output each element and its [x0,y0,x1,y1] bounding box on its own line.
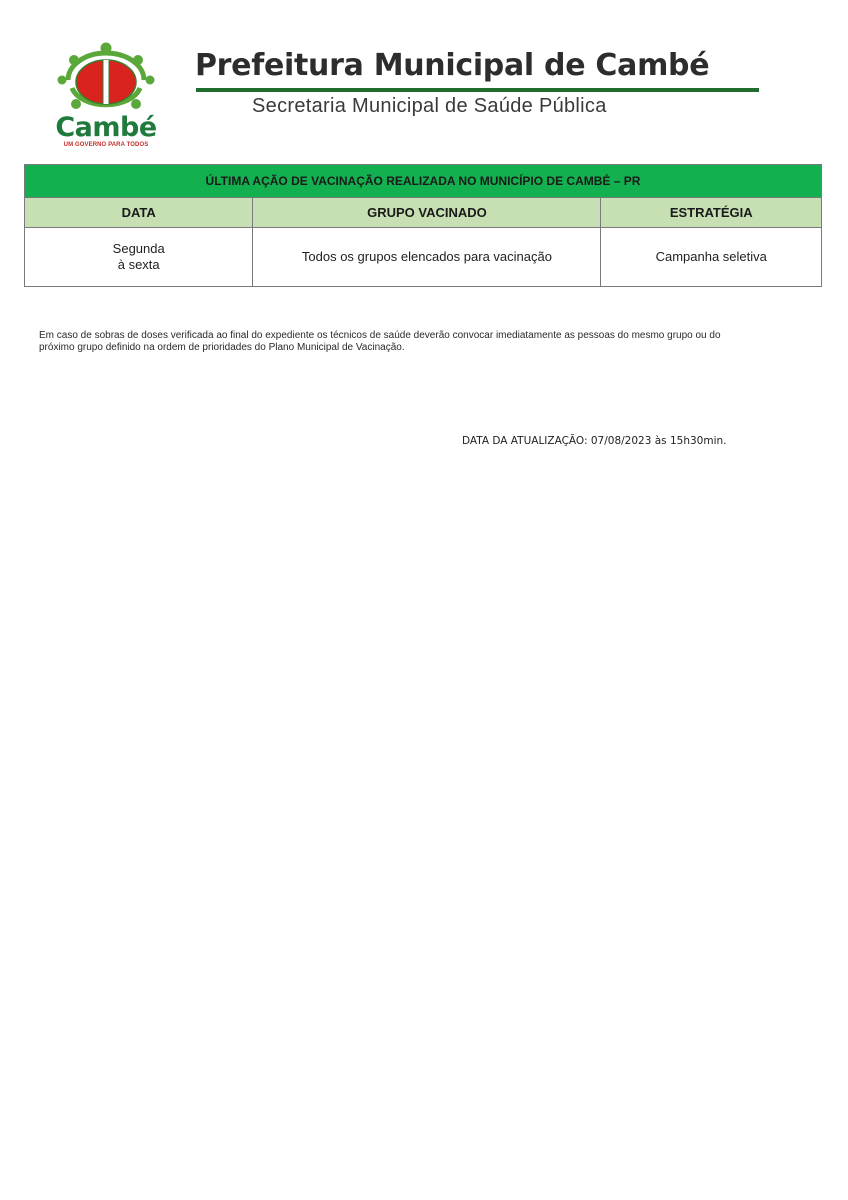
cell-estrategia: Campanha seletiva [601,228,822,287]
cambe-logo: Cambé UM GOVERNO PARA TODOS [46,40,166,150]
table-title: ÚLTIMA AÇÃO DE VACINAÇÃO REALIZADA NO MU… [25,165,822,198]
table-header-row: DATA GRUPO VACINADO ESTRATÉGIA [25,198,822,228]
column-header-data: DATA [25,198,253,228]
update-date: DATA DA ATUALIZAÇÃO: 07/08/2023 às 15h30… [462,435,727,447]
leftover-doses-note: Em caso de sobras de doses verificada ao… [39,330,729,354]
header-divider [196,88,759,92]
logo-tagline: UM GOVERNO PARA TODOS [50,142,162,148]
column-header-grupo-vacinado: GRUPO VACINADO [253,198,601,228]
table-title-row: ÚLTIMA AÇÃO DE VACINAÇÃO REALIZADA NO MU… [25,165,822,198]
page-title: Prefeitura Municipal de Cambé [195,48,709,83]
table-row: Segunda à sexta Todos os grupos elencado… [25,228,822,287]
logo-emblem-icon [46,40,166,120]
page-subtitle: Secretaria Municipal de Saúde Pública [252,95,607,118]
cell-grupo-vacinado: Todos os grupos elencados para vacinação [253,228,601,287]
logo-name: Cambé [50,112,162,143]
cell-data: Segunda à sexta [25,228,253,287]
vaccination-table: ÚLTIMA AÇÃO DE VACINAÇÃO REALIZADA NO MU… [24,164,822,287]
column-header-estrategia: ESTRATÉGIA [601,198,822,228]
